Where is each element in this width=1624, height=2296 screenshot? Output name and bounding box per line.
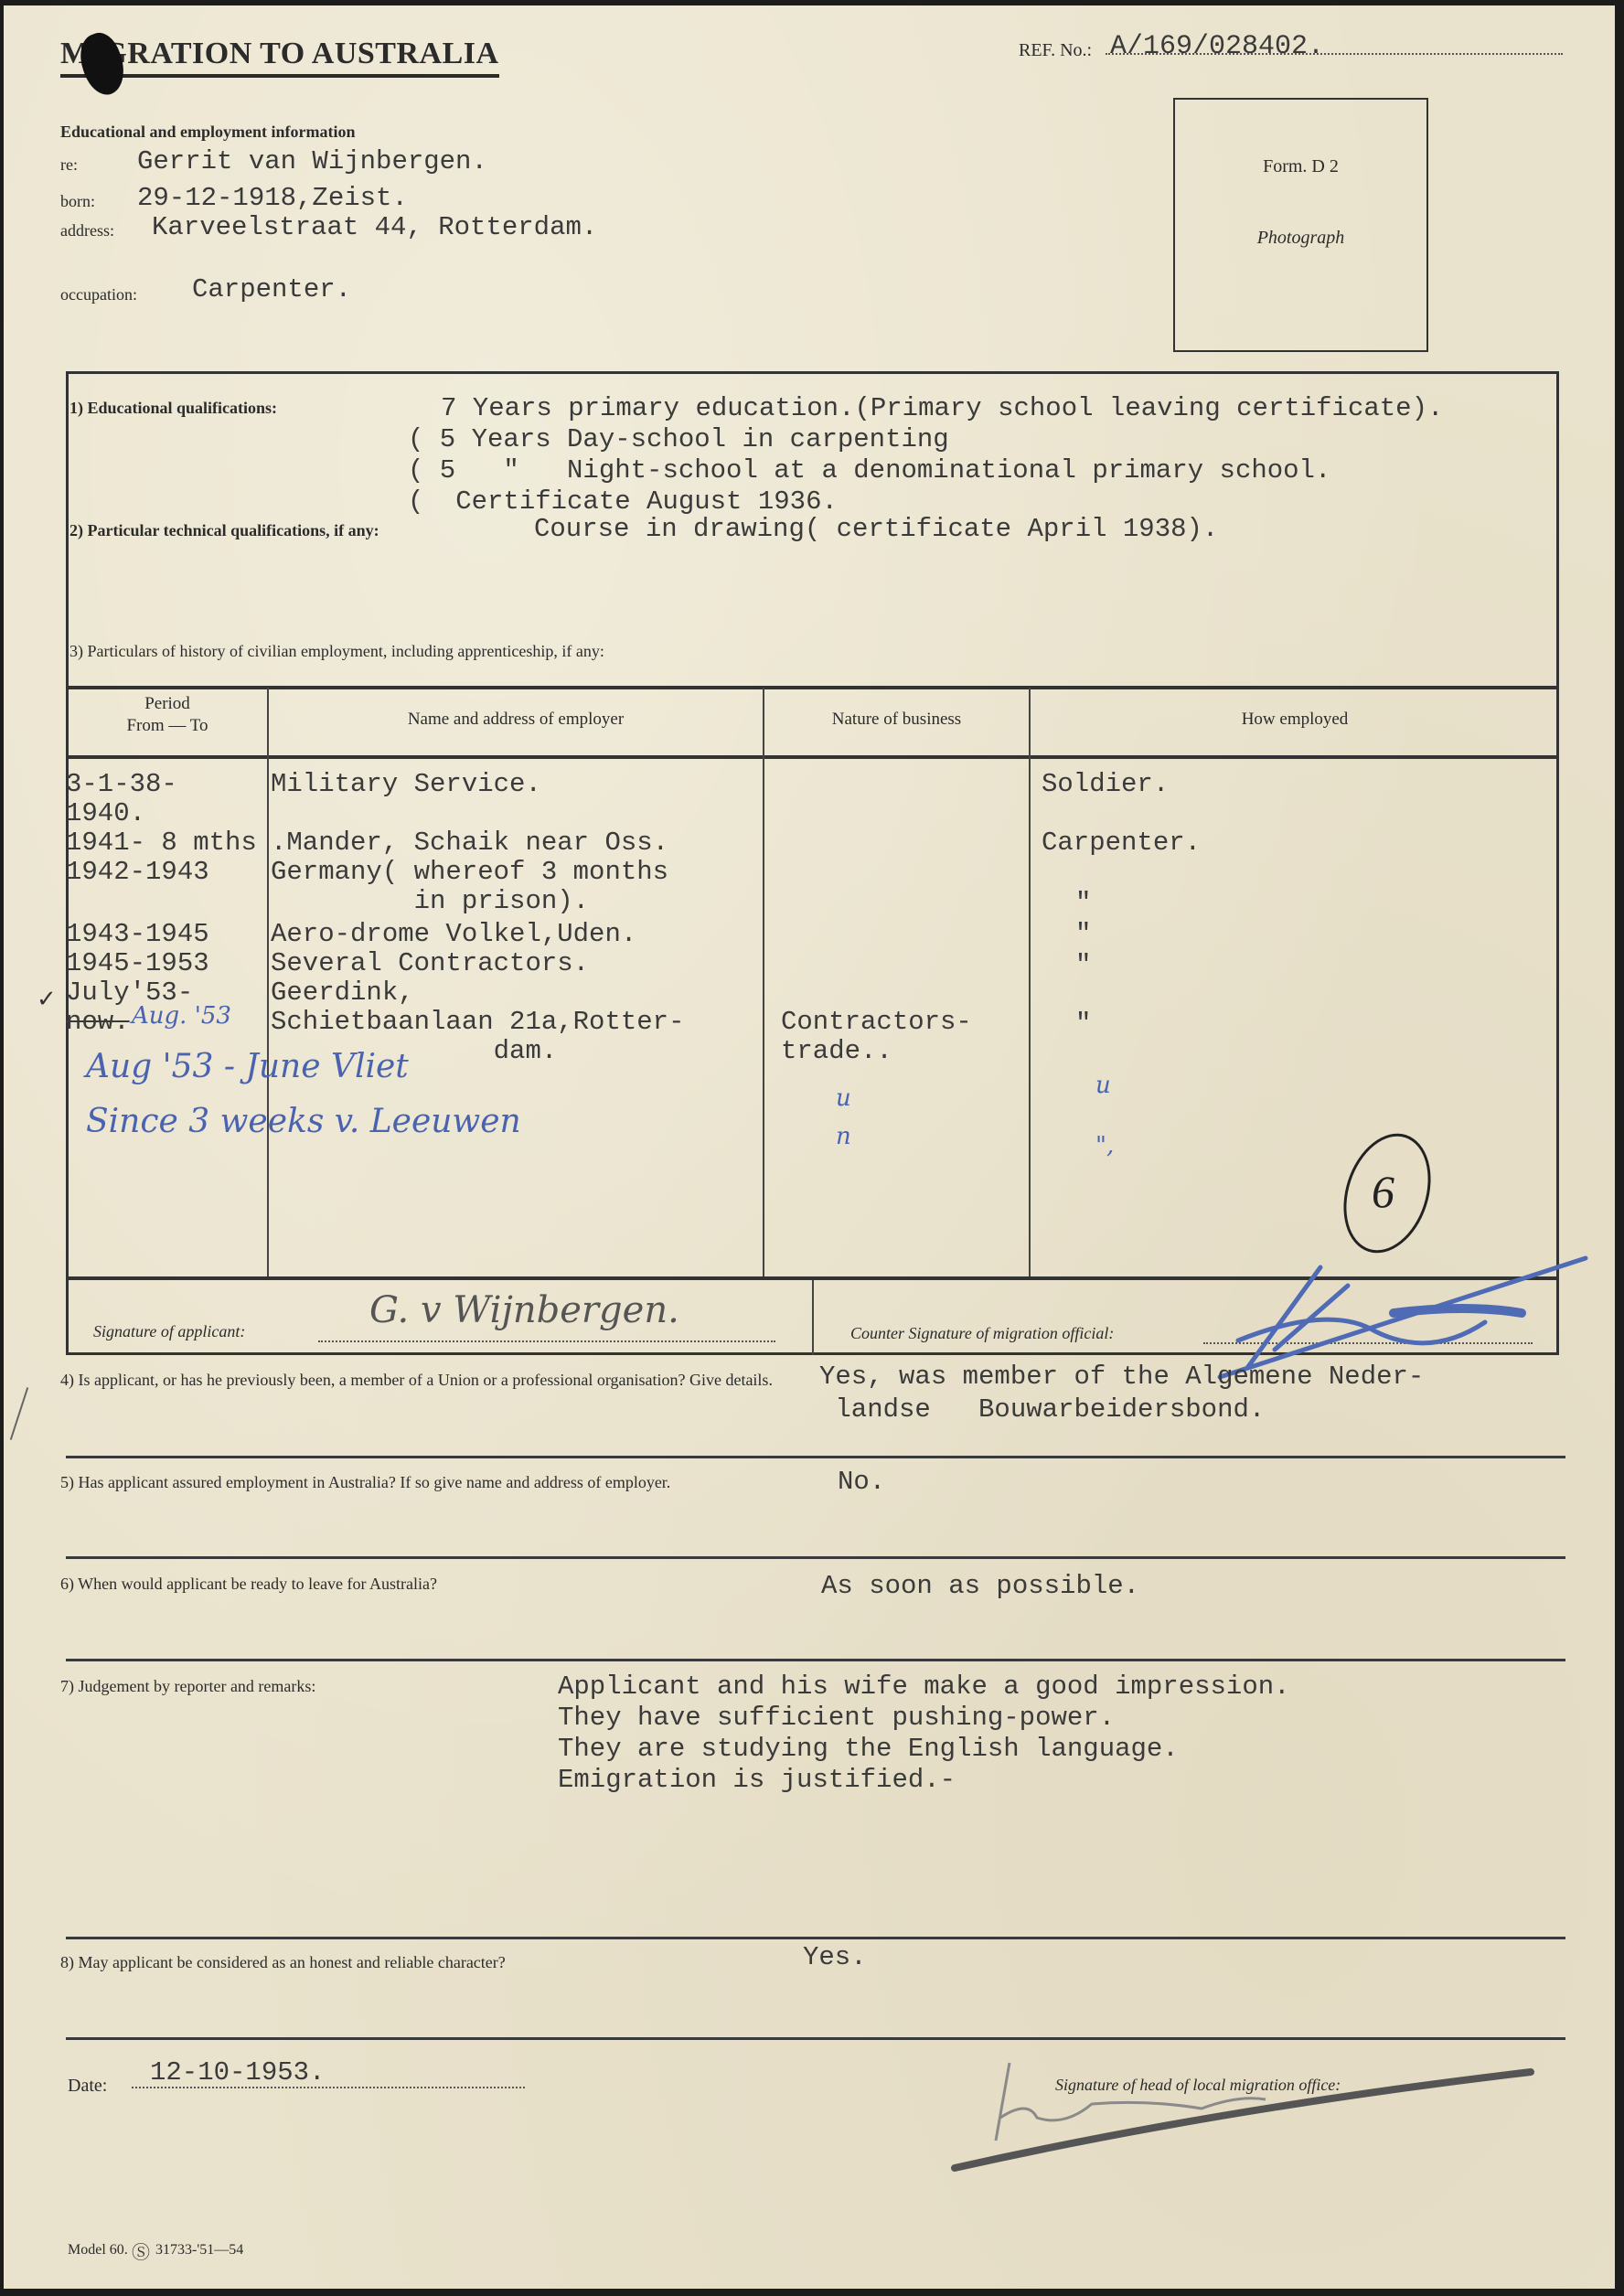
handwritten-entry-1: Aug '53 - June Vliet — [86, 1048, 409, 1085]
period-cell-struck: now. — [66, 1008, 130, 1037]
q2-value: Course in drawing( certificate April 193… — [534, 514, 1218, 544]
period-cell: 1945-1953 — [66, 949, 209, 978]
question-5-answer: No. — [838, 1467, 885, 1497]
rule-q4 — [66, 1456, 1565, 1458]
address-value: Karveelstraat 44, Rotterdam. — [152, 212, 597, 242]
rule-q6 — [66, 1659, 1565, 1661]
date-value: 12-10-1953. — [150, 2057, 325, 2088]
employer-cell: in prison). — [271, 887, 589, 916]
col-header-nature: Nature of business — [764, 710, 1029, 730]
rule-q7 — [66, 1937, 1565, 1939]
q1-label: 1) Educational qualifications: — [69, 399, 277, 418]
handwritten-period-amend: Aug. '53 — [132, 1002, 231, 1030]
rule-q8 — [66, 2037, 1565, 2040]
how-employed-cell: Carpenter. — [1042, 828, 1201, 858]
ref-number: A/169/028402. — [1110, 31, 1324, 62]
question-8-label: 8) May applicant be considered as an hon… — [60, 1953, 506, 1972]
employer-cell: .Mander, Schaik near Oss. — [271, 828, 668, 858]
migration-form-page: MIGRATION TO AUSTRALIA REF. No.: A/169/0… — [0, 0, 1624, 2296]
occupation-value: Carpenter. — [192, 274, 351, 304]
rule-q5 — [66, 1556, 1565, 1559]
applicant-signature: G. v Wijnbergen. — [369, 1289, 679, 1331]
q1-line-3: ( 5 " Night-school at a denominational p… — [408, 455, 1330, 486]
printer-emblem-icon: Ⓢ — [132, 2237, 150, 2264]
born-label: born: — [60, 192, 95, 211]
handwritten-entry-2: Since 3 weeks v. Leeuwen — [86, 1103, 521, 1140]
margin-pencil-mark — [10, 1387, 28, 1440]
question-5-label: 5) Has applicant assured employment in A… — [60, 1468, 801, 1496]
col-header-employer: Name and address of employer — [269, 710, 763, 730]
col-divider-1 — [267, 688, 269, 1276]
re-label: re: — [60, 155, 78, 175]
address-label: address: — [60, 221, 114, 240]
q1-line-4: ( Certificate August 1936. — [408, 486, 838, 517]
handwritten-ditto: u — [1095, 1072, 1111, 1099]
period-cell: 1942-1943 — [66, 858, 209, 887]
question-4-answer: Yes, was member of the Algemene Neder- l… — [819, 1361, 1424, 1426]
nature-cell: trade.. — [781, 1037, 892, 1066]
handwritten-ditto: n — [836, 1123, 851, 1150]
form-code: Form. D 2 — [1175, 156, 1426, 177]
birth-date-place: 29-12-1918,Zeist. — [137, 183, 408, 213]
col-divider-3 — [1029, 688, 1031, 1276]
period-cell: 3-1-38- — [66, 770, 177, 799]
question-6-label: 6) When would applicant be ready to leav… — [60, 1575, 437, 1594]
handwritten-ditto: ", — [1095, 1132, 1114, 1159]
question-8-answer: Yes. — [803, 1942, 867, 1972]
ditto-mark: " — [1075, 1009, 1091, 1039]
check-mark-icon: ✓ — [37, 986, 57, 1013]
employer-cell: Geerdink, — [271, 978, 414, 1008]
table-header-rule — [66, 755, 1559, 759]
employer-cell: Schietbaanlaan 21a,Rotter- — [271, 1008, 684, 1037]
circled-number: 6 — [1372, 1165, 1394, 1218]
employer-cell: Military Service. — [271, 770, 541, 799]
handwritten-ditto: u — [836, 1084, 851, 1112]
photograph-label: Photograph — [1175, 228, 1426, 249]
applicant-name: Gerrit van Wijnbergen. — [137, 146, 487, 176]
photograph-box: Form. D 2 Photograph — [1173, 98, 1428, 352]
q3-label: 3) Particulars of history of civilian em… — [69, 642, 604, 661]
col-divider-2 — [763, 688, 764, 1276]
question-4-label: 4) Is applicant, or has he previously be… — [60, 1366, 801, 1394]
print-code: 31733-'51—54 — [155, 2242, 243, 2259]
counter-signature-label: Counter Signature of migration official: — [850, 1324, 1114, 1343]
applicant-signature-label: Signature of applicant: — [93, 1322, 245, 1341]
ditto-mark: " — [1075, 889, 1091, 918]
date-label: Date: — [68, 2076, 107, 2097]
col-header-period: Period From — To — [68, 693, 267, 737]
signature-divider — [812, 1280, 814, 1355]
q1-line-1: 7 Years primary education.(Primary schoo… — [441, 393, 1443, 423]
col-header-how: How employed — [1031, 710, 1559, 730]
question-7-label: 7) Judgement by reporter and remarks: — [60, 1677, 315, 1696]
period-cell: 1943-1945 — [66, 920, 209, 949]
question-6-answer: As soon as possible. — [821, 1571, 1139, 1601]
table-top-rule — [66, 686, 1559, 689]
applicant-signature-line — [318, 1340, 775, 1342]
head-signature-scribble-icon — [946, 2054, 1549, 2182]
section-title: Educational and employment information — [60, 123, 356, 142]
nature-cell: Contractors- — [781, 1008, 972, 1037]
q2-label: 2) Particular technical qualifications, … — [69, 521, 379, 540]
page-title: MIGRATION TO AUSTRALIA — [60, 37, 499, 78]
model-number: Model 60. — [68, 2242, 128, 2259]
ref-label: REF. No.: — [1019, 40, 1092, 61]
employer-cell: Several Contractors. — [271, 949, 589, 978]
occupation-label: occupation: — [60, 285, 137, 304]
employer-cell: Germany( whereof 3 months — [271, 858, 668, 887]
q1-line-2: ( 5 Years Day-school in carpenting — [408, 424, 949, 454]
employer-cell: Aero-drome Volkel,Uden. — [271, 920, 636, 949]
period-cell: 1941- 8 mths — [66, 828, 257, 858]
period-cell: 1940. — [66, 799, 145, 828]
ditto-mark: " — [1075, 920, 1091, 949]
question-7-answer: Applicant and his wife make a good impre… — [558, 1671, 1290, 1796]
how-employed-cell: Soldier. — [1042, 770, 1169, 799]
ditto-mark: " — [1075, 951, 1091, 980]
